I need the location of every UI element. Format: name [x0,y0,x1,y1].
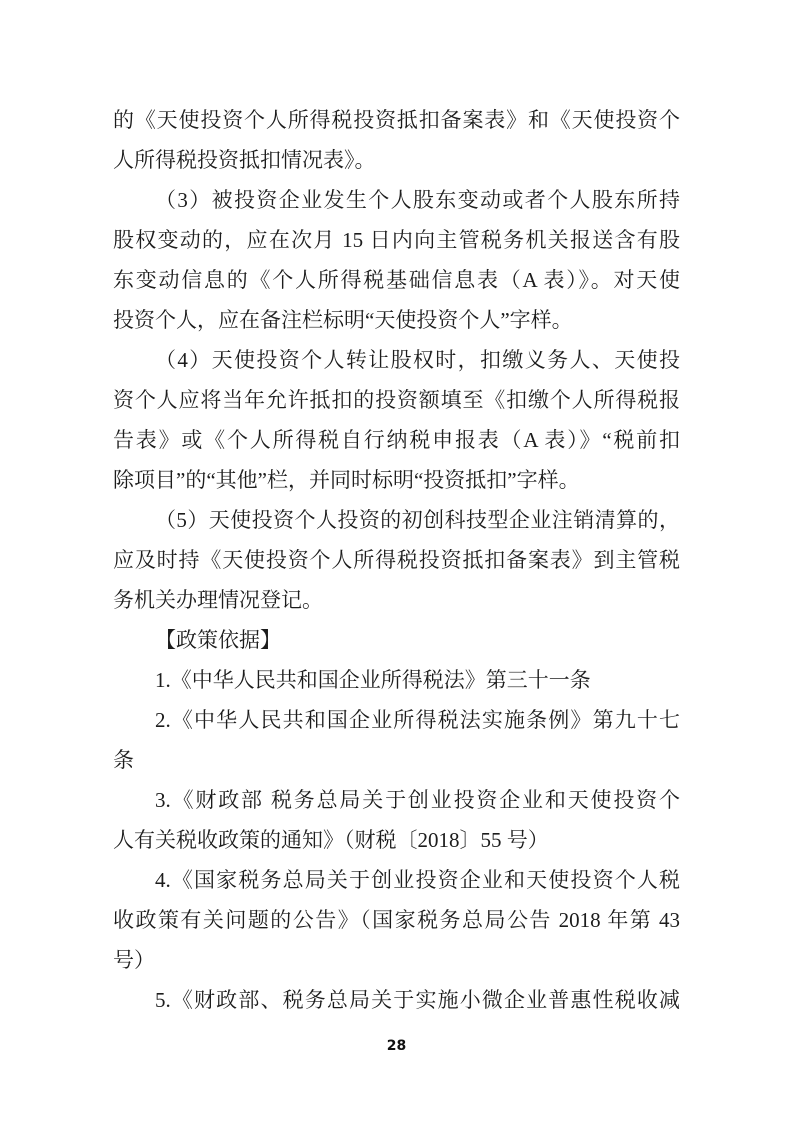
text-line: 告表》或《个人所得税自行纳税申报表（A 表）》“税前扣 [113,420,680,460]
policy-item-2-continuation: 条 [113,740,680,780]
text-line: 务机关办理情况登记。 [113,580,680,620]
text-line: 股权变动的，应在次月 15 日内向主管税务机关报送含有股 [113,220,680,260]
policy-item-4: 4.《国家税务总局关于创业投资企业和天使投资个人税 [113,860,680,900]
policy-item-1: 1.《中华人民共和国企业所得税法》第三十一条 [113,660,680,700]
text-line: 投资个人，应在备注栏标明“天使投资个人”字样。 [113,300,680,340]
text-line: 的《天使投资个人所得税投资抵扣备案表》和《天使投资个 [113,100,680,140]
page-number: 28 [0,1038,793,1054]
policy-item-4-continuation-2: 号） [113,940,680,980]
policy-item-4-continuation: 收政策有关问题的公告》（国家税务总局公告 2018 年第 43 [113,900,680,940]
text-line: 人所得税投资抵扣情况表》。 [113,140,680,180]
text-line: （5）天使投资个人投资的初创科技型企业注销清算的， [113,500,680,540]
policy-item-5: 5.《财政部、税务总局关于实施小微企业普惠性税收减 [113,980,680,1020]
text-line: 资个人应将当年允许抵扣的投资额填至《扣缴个人所得税报 [113,380,680,420]
text-line: 东变动信息的《个人所得税基础信息表（A 表）》。对天使 [113,260,680,300]
policy-item-3-continuation: 人有关税收政策的通知》（财税〔2018〕55 号） [113,820,680,860]
document-page: 的《天使投资个人所得税投资抵扣备案表》和《天使投资个 人所得税投资抵扣情况表》。… [0,0,793,1122]
section-heading-policy-basis: 【政策依据】 [113,620,680,660]
document-text-block: 的《天使投资个人所得税投资抵扣备案表》和《天使投资个 人所得税投资抵扣情况表》。… [113,100,680,1020]
policy-item-3: 3.《财政部 税务总局关于创业投资企业和天使投资个 [113,780,680,820]
text-line: 应及时持《天使投资个人所得税投资抵扣备案表》到主管税 [113,540,680,580]
text-line: （4）天使投资个人转让股权时，扣缴义务人、天使投 [113,340,680,380]
policy-item-2: 2.《中华人民共和国企业所得税法实施条例》第九十七 [113,700,680,740]
text-line: 除项目”的“其他”栏，并同时标明“投资抵扣”字样。 [113,460,680,500]
text-line: （3）被投资企业发生个人股东变动或者个人股东所持 [113,180,680,220]
